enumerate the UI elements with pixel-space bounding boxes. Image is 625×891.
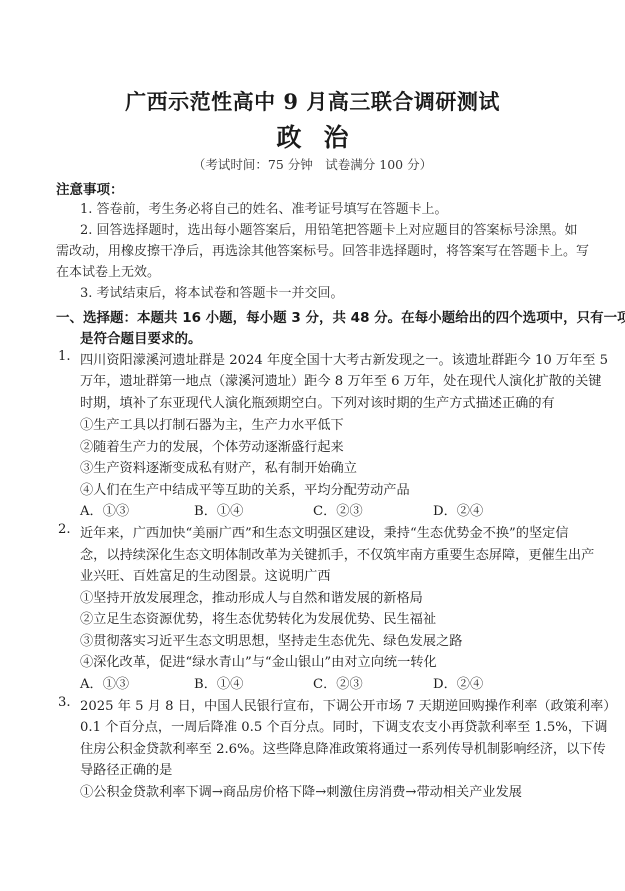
question-stem-line: 住房公积金贷款利率至 2.6%。这些降息降准政策将通过一系列传导机制影响经济，以… — [80, 738, 606, 757]
statement-option: ③贯彻落实习近平生态文明思想，坚持走生态优先、绿色发展之路 — [80, 630, 462, 649]
question-stem-line: 2025 年 5 月 8 日，中国人民银行宣布，下调公开市场 7 天期逆回购操作… — [80, 695, 616, 714]
question-stem-line: 时期，填补了东亚现代人演化瓶颈期空白。下列对该时期的生产方式描述正确的有 — [80, 392, 555, 411]
statement-option: ①生产工具以打制石器为主，生产力水平低下 — [80, 414, 344, 433]
question-stem-line: 念，以持续深化生态文明体制改革为关键抓手，不仅筑牢南方重要生态屏障，更催生出产 — [80, 544, 594, 563]
note-line: 3. 考试结束后，将本试卷和答题卡一并交回。 — [80, 282, 344, 301]
answer-choice-d[interactable]: D．②④ — [433, 673, 483, 692]
answer-choice-c[interactable]: C．②③ — [313, 673, 363, 692]
question-stem-line: 导路径正确的是 — [80, 759, 172, 778]
statement-option: ①公积金贷款利率下调→商品房价格下降→刺激住房消费→带动相关产业发展 — [80, 781, 522, 800]
note-line: 在本试卷上无效。 — [56, 261, 160, 280]
answer-choice-c[interactable]: C．②③ — [313, 500, 363, 519]
note-line: 2. 回答选择题时，选出每小题答案后，用铅笔把答题卡上对应题目的答案标号涂黑。如 — [80, 219, 578, 238]
question-number: 2. — [58, 522, 71, 537]
statement-option: ④深化改革，促进“绿水青山”与“金山银山”由对立向统一转化 — [80, 651, 437, 670]
question-stem-line: 0.1 个百分点，一周后降准 0.5 个百分点。同时，下调支农支小再贷款利率至 … — [80, 716, 607, 735]
exam-info: （考试时间：75 分钟 试卷满分 100 分） — [0, 155, 625, 173]
notes-heading: 注意事项： — [56, 178, 124, 198]
statement-option: ②立足生态资源优势，将生态优势转化为发展优势、民生福祉 — [80, 608, 436, 627]
statement-option: ④人们在生产中结成平等互助的关系，平均分配劳动产品 — [80, 479, 410, 498]
answer-choice-a[interactable]: A．①③ — [80, 500, 129, 519]
note-line: 需改动，用橡皮擦干净后，再选涂其他答案标号。回答非选择题时，将答案写在答题卡上。… — [56, 240, 589, 259]
answer-choice-b[interactable]: B．①④ — [194, 500, 243, 519]
answer-choice-a[interactable]: A．①③ — [80, 673, 129, 692]
statement-option: ②随着生产力的发展，个体劳动逐渐盛行起来 — [80, 436, 344, 455]
section-heading-cont: 是符合题目要求的。 — [80, 327, 202, 347]
answer-choice-d[interactable]: D．②④ — [433, 500, 483, 519]
question-stem-line: 万年，遗址群第一地点（濛溪河遗址）距今 8 万年至 6 万年，处在现代人演化扩散… — [80, 370, 601, 389]
question-stem-line: 四川资阳濛溪河遗址群是 2024 年度全国十大考古新发现之一。该遗址群距今 10… — [80, 349, 608, 368]
question-number: 1. — [58, 349, 71, 364]
note-line: 1. 答卷前，考生务必将自己的姓名、准考证号填写在答题卡上。 — [80, 198, 448, 217]
question-stem-line: 近年来，广西加快“美丽广西”和生态文明强区建设，秉持“生态优势金不换”的坚定信 — [80, 522, 569, 541]
section-heading: 一、选择题：本题共 16 小题，每小题 3 分，共 48 分。在每小题给出的四个… — [56, 306, 625, 326]
question-number: 3. — [58, 695, 71, 710]
subject-title: 政治 — [0, 118, 625, 154]
answer-choice-b[interactable]: B．①④ — [194, 673, 243, 692]
question-stem-line: 业兴旺、百姓富足的生动图景。这说明广西 — [80, 565, 331, 584]
statement-option: ①坚持开放发展理念，推动形成人与自然和谐发展的新格局 — [80, 587, 423, 606]
exam-title: 广西示范性高中 9 月高三联合调研测试 — [0, 86, 625, 116]
statement-option: ③生产资料逐渐变成私有财产，私有制开始确立 — [80, 457, 357, 476]
